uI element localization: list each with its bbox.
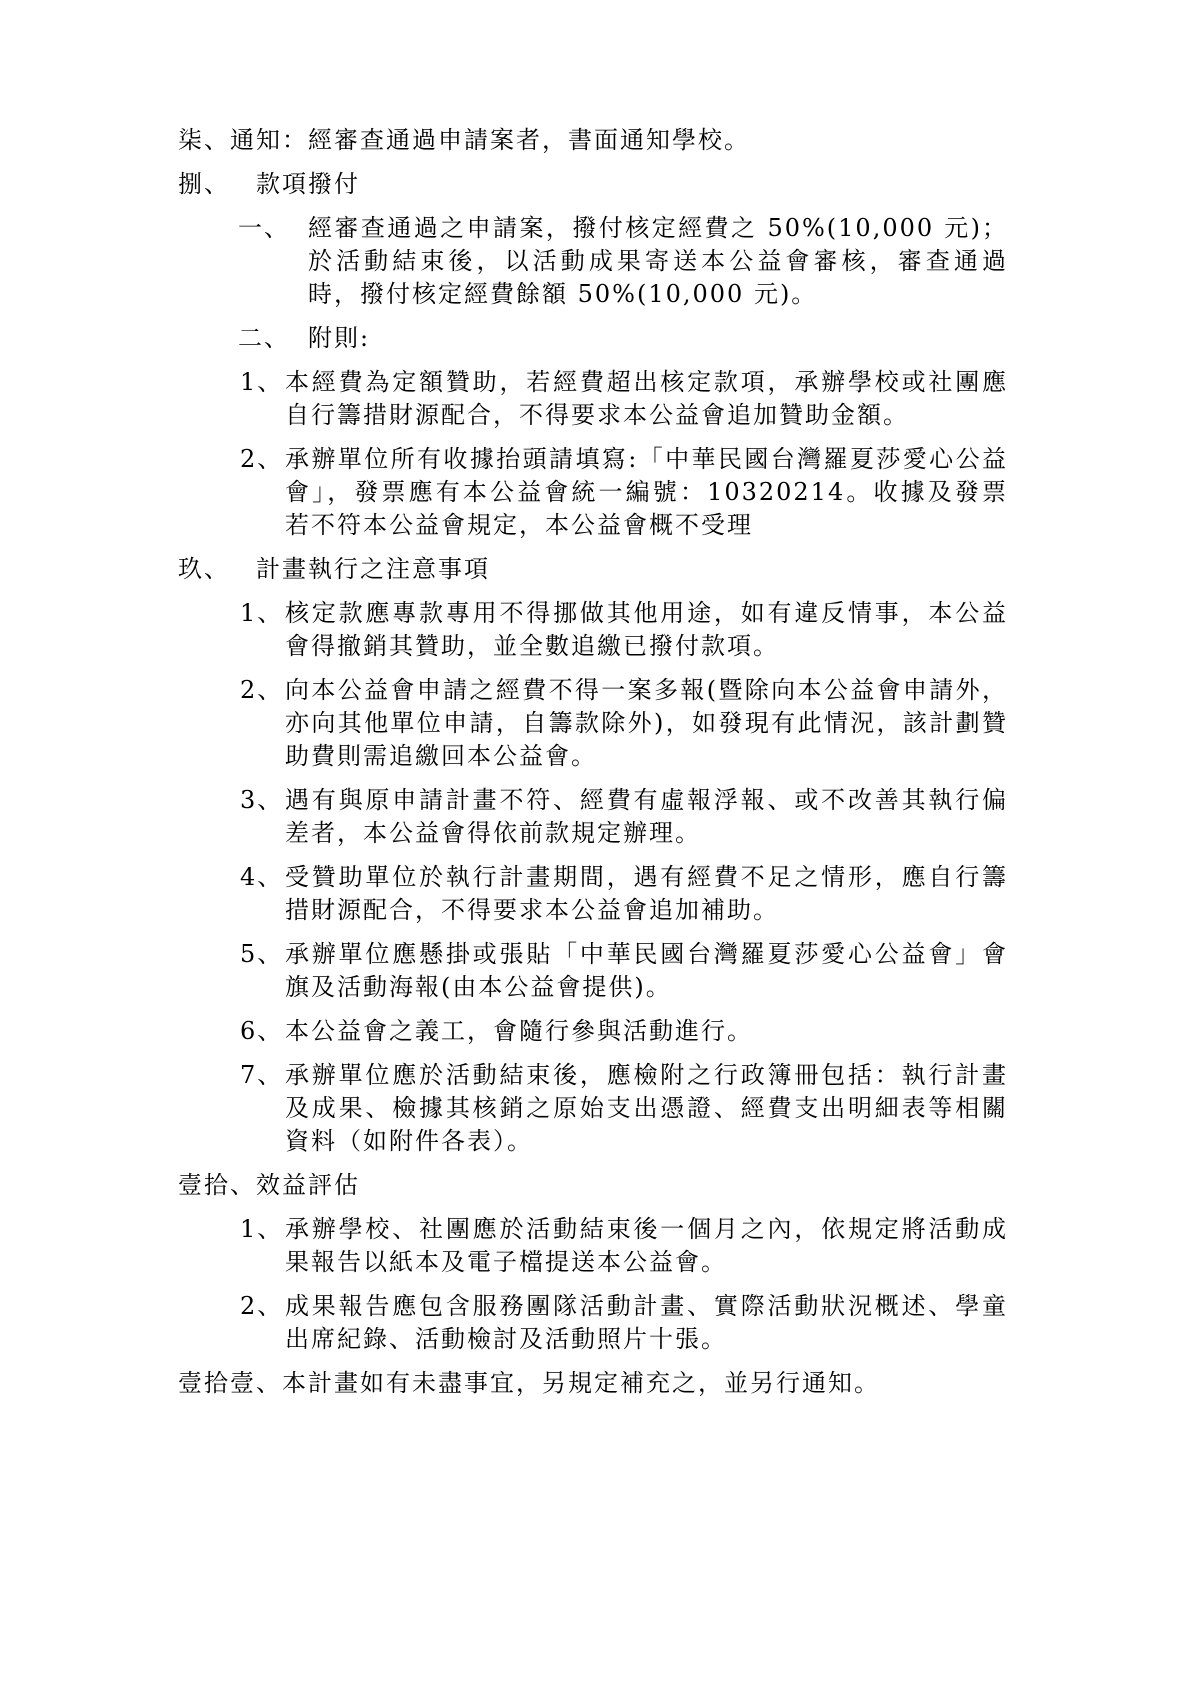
list-item: 5、承辦單位應懸掛或張貼「中華民國台灣羅夏莎愛心公益會」會旗及活動海報(由本公益… [178,938,1008,1004]
paragraph-text: 附則: [308,322,1008,355]
paragraph-label: 捌、 [178,168,256,201]
paragraph-text: 效益評估 [256,1171,360,1199]
paragraph-text: 經審查通過之申請案，撥付核定經費之 50%(10,000 元)；於活動結束後，以… [308,212,1008,311]
list-item: 2、成果報告應包含服務團隊活動計畫、實際活動狀況概述、學童出席紀錄、活動檢討及活… [178,1290,1008,1356]
paragraph-text: 本公益會之義工，會隨行參與活動進行。 [285,1015,1008,1048]
list-item: 1、本經費為定額贊助，若經費超出核定款項，承辦學校或社團應自行籌措財源配合，不得… [178,366,1008,432]
paragraph-label: 5、 [240,938,285,971]
list-item: 7、承辦單位應於活動結束後，應檢附之行政簿冊包括：執行計畫及成果、檢據其核銷之原… [178,1059,1008,1158]
paragraph-label: 4、 [240,861,285,894]
list-item: 2、承辦單位所有收據抬頭請填寫:「中華民國台灣羅夏莎愛心公益會」，發票應有本公益… [178,443,1008,542]
paragraph-text: 本計畫如有未盡事宜，另規定補充之，並另行通知。 [282,1369,880,1397]
paragraph-label: 7、 [240,1059,285,1092]
paragraph-text: 受贊助單位於執行計畫期間，遇有經費不足之情形，應自行籌措財源配合，不得要求本公益… [285,861,1008,927]
paragraph-label: 玖、 [178,553,256,586]
paragraph-text: 承辦單位應懸掛或張貼「中華民國台灣羅夏莎愛心公益會」會旗及活動海報(由本公益會提… [285,938,1008,1004]
paragraph-text: 承辦單位應於活動結束後，應檢附之行政簿冊包括：執行計畫及成果、檢據其核銷之原始支… [285,1059,1008,1158]
list-item: 1、承辦學校、社團應於活動結束後一個月之內，依規定將活動成果報告以紙本及電子檔提… [178,1213,1008,1279]
document-page: 柒、通知：經審查通過申請案者，書面通知學校。 捌、款項撥付 一、經審查通過之申請… [0,0,1191,1684]
paragraph-text: 本經費為定額贊助，若經費超出核定款項，承辦學校或社團應自行籌措財源配合，不得要求… [285,366,1008,432]
paragraph-label: 1、 [240,597,285,630]
paragraph-label: 1、 [240,366,285,399]
paragraph-text: 遇有與原申請計畫不符、經費有虛報浮報、或不改善其執行偏差者，本公益會得依前款規定… [285,784,1008,850]
paragraph-text: 通知：經審查通過申請案者，書面通知學校。 [230,126,750,154]
paragraph-label: 柒、 [178,126,230,154]
section-heading: 壹拾、效益評估 [178,1169,1008,1202]
paragraph-label: 3、 [240,784,285,817]
paragraph-label: 二、 [238,322,308,355]
paragraph-label: 1、 [240,1213,285,1246]
list-item: 6、本公益會之義工，會隨行參與活動進行。 [178,1015,1008,1048]
list-item: 二、附則: [178,322,1008,355]
paragraph-label: 一、 [238,212,308,245]
section-heading: 玖、計畫執行之注意事項 [178,553,1008,586]
paragraph-text: 款項撥付 [256,168,1008,201]
paragraph-label: 2、 [240,1290,285,1323]
paragraph-text: 計畫執行之注意事項 [256,553,1008,586]
paragraph-label: 壹拾、 [178,1171,256,1199]
paragraph-text: 承辦單位所有收據抬頭請填寫:「中華民國台灣羅夏莎愛心公益會」，發票應有本公益會統… [285,443,1008,542]
list-item: 2、向本公益會申請之經費不得一案多報(暨除向本公益會申請外，亦向其他單位申請，自… [178,674,1008,773]
paragraph-label: 壹拾壹、 [178,1369,282,1397]
paragraph-text: 承辦學校、社團應於活動結束後一個月之內，依規定將活動成果報告以紙本及電子檔提送本… [285,1213,1008,1279]
paragraph-label: 2、 [240,443,285,476]
paragraph-text: 成果報告應包含服務團隊活動計畫、實際活動狀況概述、學童出席紀錄、活動檢討及活動照… [285,1290,1008,1356]
section-heading: 柒、通知：經審查通過申請案者，書面通知學校。 [178,124,1008,157]
list-item: 1、核定款應專款專用不得挪做其他用途，如有違反情事，本公益會得撤銷其贊助，並全數… [178,597,1008,663]
paragraph-text: 核定款應專款專用不得挪做其他用途，如有違反情事，本公益會得撤銷其贊助，並全數追繳… [285,597,1008,663]
paragraph-label: 6、 [240,1015,285,1048]
list-item: 4、受贊助單位於執行計畫期間，遇有經費不足之情形，應自行籌措財源配合，不得要求本… [178,861,1008,927]
list-item: 一、經審查通過之申請案，撥付核定經費之 50%(10,000 元)；於活動結束後… [178,212,1008,311]
paragraph-label: 2、 [240,674,285,707]
section-heading: 壹拾壹、本計畫如有未盡事宜，另規定補充之，並另行通知。 [178,1367,1008,1400]
document-content: 柒、通知：經審查通過申請案者，書面通知學校。 捌、款項撥付 一、經審查通過之申請… [178,124,1008,1411]
paragraph-text: 向本公益會申請之經費不得一案多報(暨除向本公益會申請外，亦向其他單位申請，自籌款… [285,674,1008,773]
section-heading: 捌、款項撥付 [178,168,1008,201]
list-item: 3、遇有與原申請計畫不符、經費有虛報浮報、或不改善其執行偏差者，本公益會得依前款… [178,784,1008,850]
